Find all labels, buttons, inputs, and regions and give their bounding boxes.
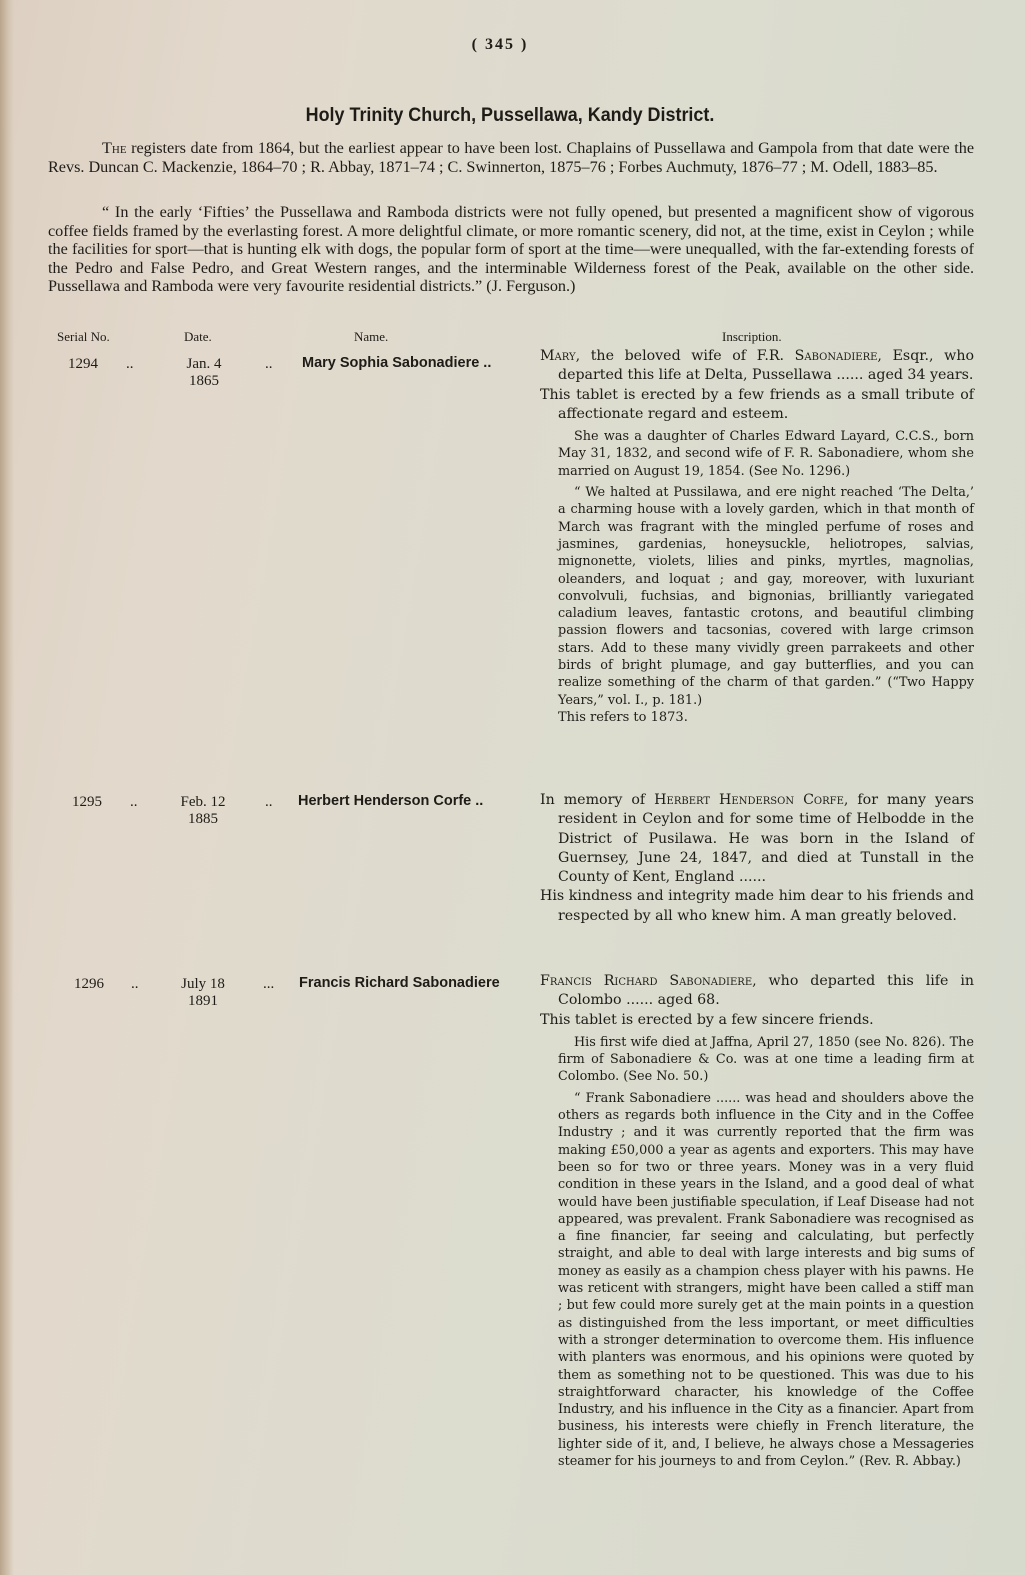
date-year: 1865 <box>169 373 239 390</box>
intro-text: registers date from 1864, but the earlie… <box>48 139 974 176</box>
inscription-name: Herbert Henderson Corfe <box>654 792 844 808</box>
inscription-name: Mary <box>540 348 576 364</box>
inscription-text: This tablet is erected by a few friends … <box>540 386 974 425</box>
intro-paragraph-ferguson-quote: “ In the early ‘Fifties’ the Pussellawa … <box>48 203 974 296</box>
date-day: Feb. 12 <box>168 794 238 811</box>
inscription-text: This tablet is erected by a few sincere … <box>540 1011 974 1030</box>
note-quote: “ Frank Sabonadiere ...... was head and … <box>558 1090 974 1471</box>
entry-inscription: Mary, the beloved wife of F.R. Sabonadie… <box>540 347 974 726</box>
page-title: Holy Trinity Church, Pussellawa, Kandy D… <box>41 104 979 127</box>
date-day: July 18 <box>168 976 238 993</box>
column-header-name: Name. <box>354 329 388 345</box>
entry-name: Herbert Henderson Corfe .. <box>298 793 483 809</box>
note-paragraph: His first wife died at Jaffna, April 27,… <box>558 1034 974 1086</box>
leader-dots: .. <box>265 794 273 811</box>
entry-date: Feb. 12 1885 <box>168 794 238 828</box>
entry-inscription: Francis Richard Sabonadiere, who departe… <box>540 972 974 1470</box>
note-quote: “ We halted at Pussilawa, and ere night … <box>558 484 974 709</box>
inscription-text: His kindness and integrity made him dear… <box>540 887 974 926</box>
inscription-text: In memory of <box>540 792 654 808</box>
leader-dots: .. <box>265 356 273 373</box>
leader-dots: .. <box>126 356 134 373</box>
column-header-serial: Serial No. <box>57 329 110 345</box>
inscription-name: Sabonadiere <box>795 348 878 364</box>
entry-date: July 18 1891 <box>168 976 238 1010</box>
column-header-date: Date. <box>184 329 212 345</box>
inscription-name: Francis Richard Sabonadiere <box>540 973 752 989</box>
intro-paragraph-chaplains: The registers date from 1864, but the ea… <box>48 139 974 176</box>
serial-number: 1295 <box>72 794 122 811</box>
leader-dots: .. <box>130 794 138 811</box>
note-tail: This refers to 1873. <box>558 709 974 726</box>
date-year: 1885 <box>168 811 238 828</box>
date-day: Jan. 4 <box>169 356 239 373</box>
note-paragraph: She was a daughter of Charles Edward Lay… <box>558 428 974 480</box>
entry-name: Mary Sophia Sabonadiere .. <box>302 355 491 371</box>
entry-date: Jan. 4 1865 <box>169 356 239 390</box>
intro-quote: “ In the early ‘Fifties’ the Pussellawa … <box>48 203 974 296</box>
intro-lead-word: The <box>102 139 127 157</box>
inscription-text: , the beloved wife of F.R. <box>576 348 795 364</box>
leader-dots: ... <box>263 976 274 993</box>
book-page: ( 345 ) Holy Trinity Church, Pussellawa,… <box>0 0 1025 1575</box>
serial-number: 1294 <box>68 356 118 373</box>
leader-dots: .. <box>131 976 139 993</box>
column-header-inscription: Inscription. <box>722 329 782 345</box>
date-year: 1891 <box>168 993 238 1010</box>
entry-inscription: In memory of Herbert Henderson Corfe, fo… <box>540 791 974 926</box>
serial-number: 1296 <box>74 976 124 993</box>
entry-name: Francis Richard Sabonadiere <box>299 975 500 991</box>
page-number: ( 345 ) <box>0 36 1000 54</box>
